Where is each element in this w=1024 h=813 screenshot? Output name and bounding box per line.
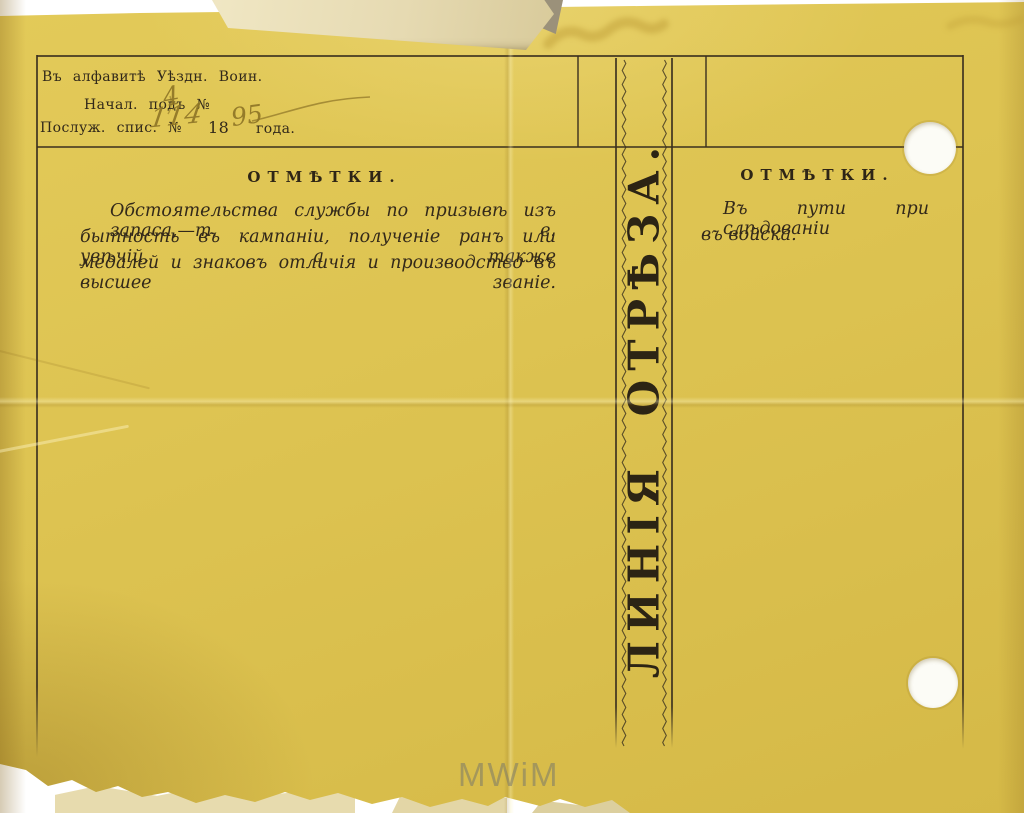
registry-line1: Въ алфавитѣ Уѣздн. Воин. [42, 69, 263, 85]
header-divider-rule [37, 146, 963, 148]
scanned-document: Въ алфавитѣ Уѣздн. Воин. Начал. подъ № 4… [0, 0, 1024, 813]
fold-crease-horizontal [0, 397, 1024, 408]
scan-watermark: MWiM [458, 756, 559, 794]
registry-year-prefix: 18 [208, 118, 229, 137]
right-section-body-line: въ войска. [701, 225, 929, 245]
left-section-heading: ОТМѢТКИ. [37, 168, 612, 186]
registry-year-suffix: года. [256, 121, 295, 137]
frame-top-border [37, 55, 963, 57]
cut-zone-top-left-line [577, 56, 579, 147]
left-section-body-line: медалей и знаковъ отличія и производство… [80, 253, 556, 293]
punch-hole-top [904, 122, 956, 174]
registry-line3-number-handwritten: 114 [147, 98, 204, 134]
cut-zone-top-right-line [705, 56, 707, 147]
punch-hole-bottom [908, 658, 958, 708]
